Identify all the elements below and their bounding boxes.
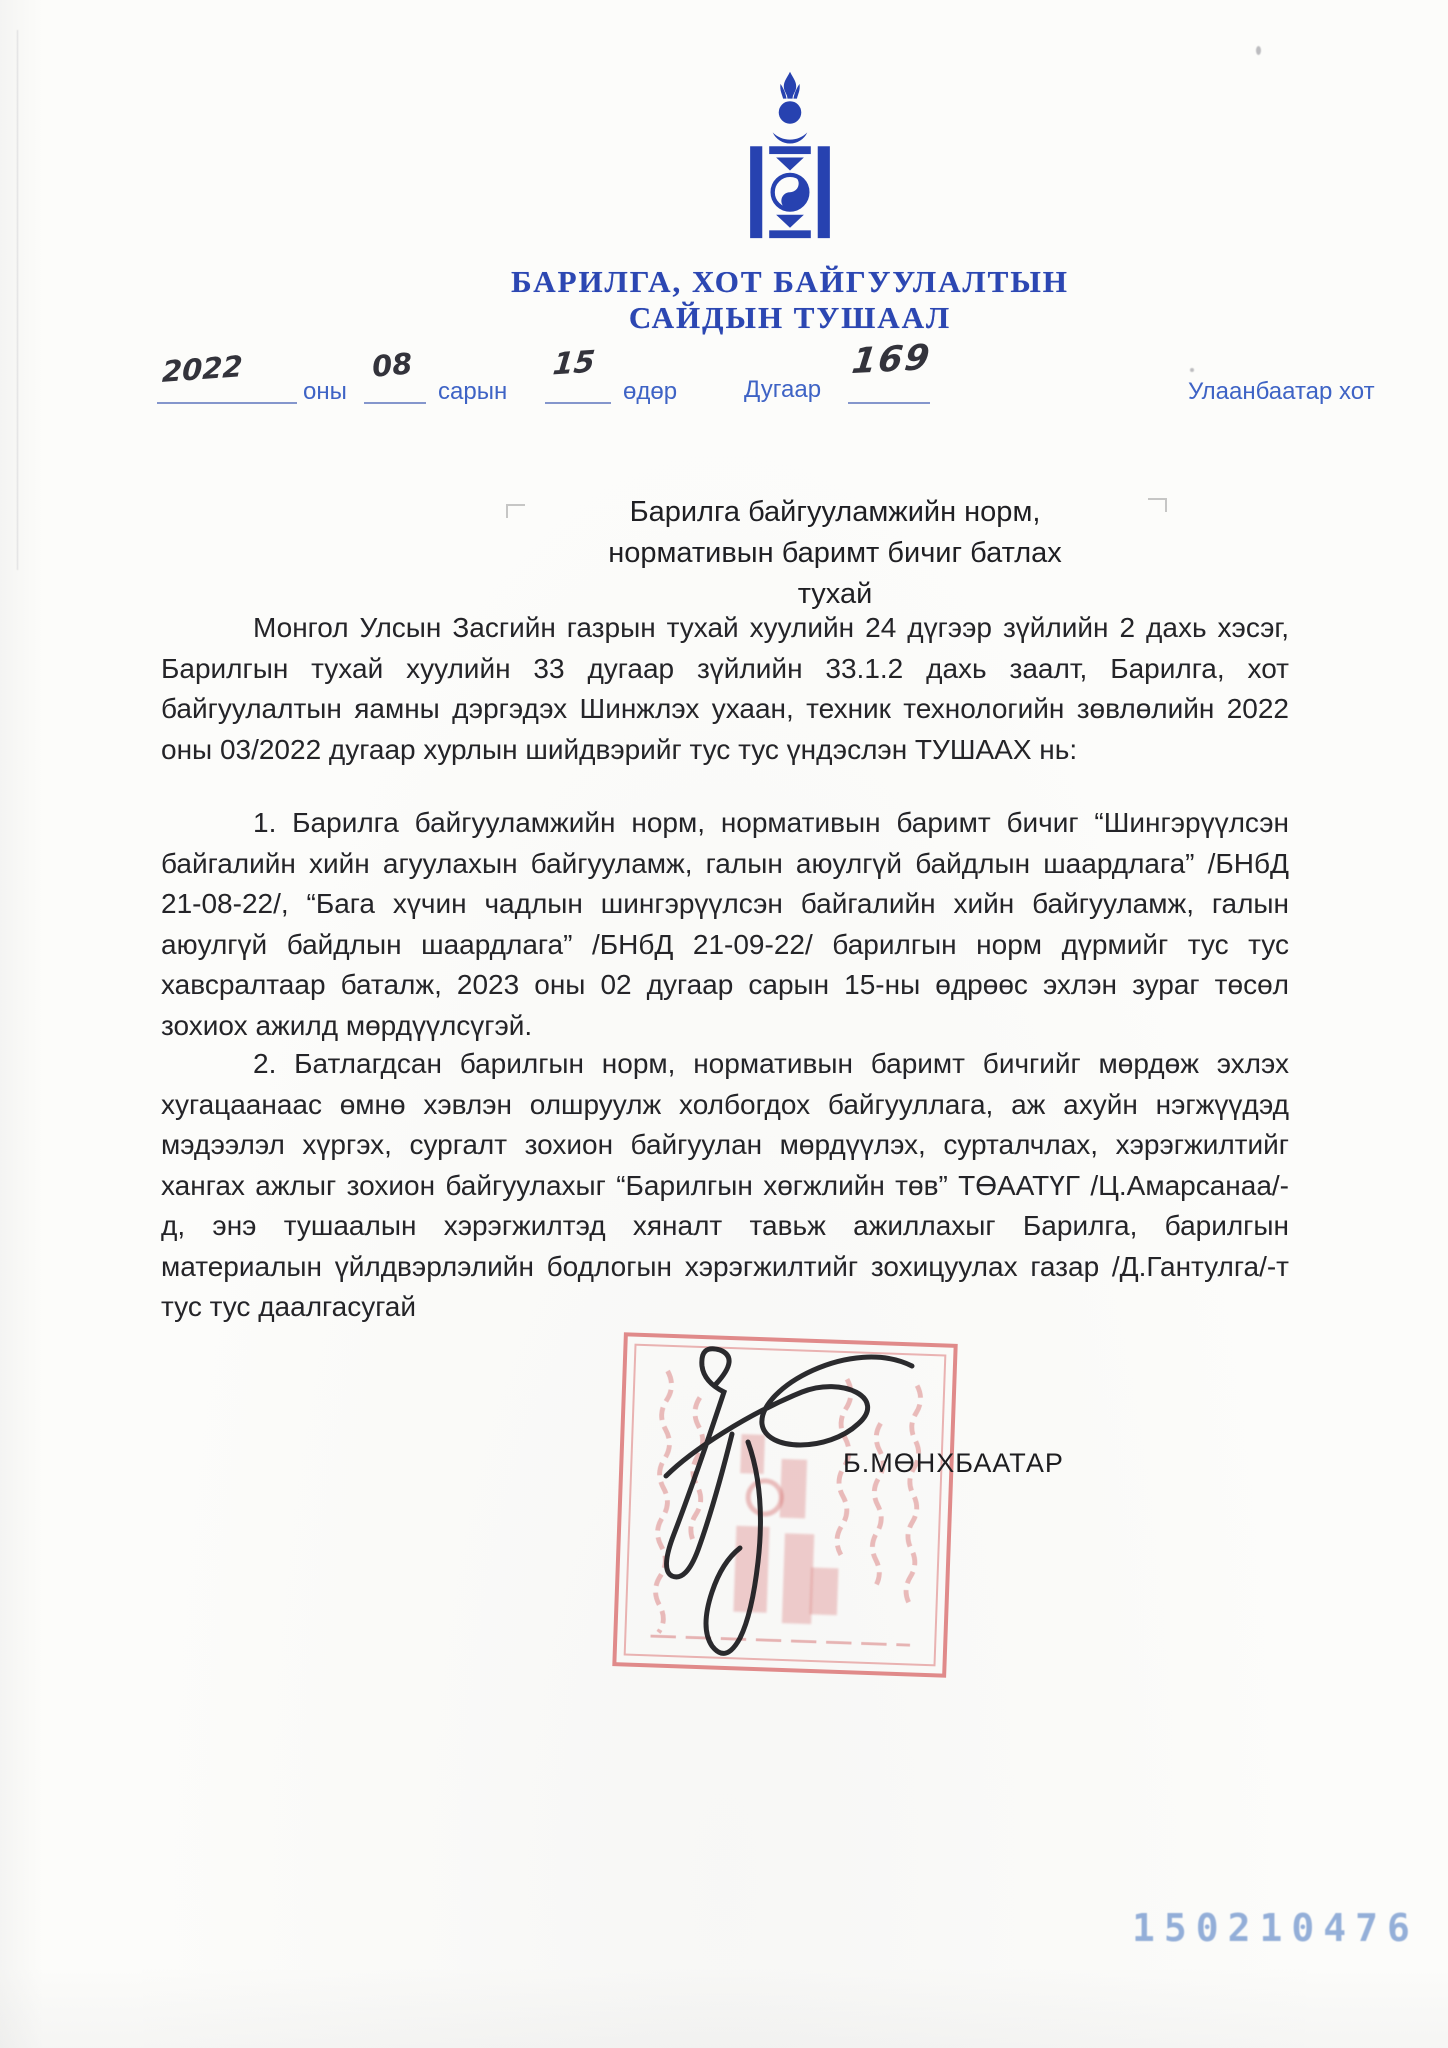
handwritten-order-number: 169 <box>850 338 934 382</box>
blank-rule <box>364 402 426 404</box>
scanned-official-order-page: БАРИЛГА, ХОТ БАЙГУУЛАЛТЫН САЙДЫН ТУШААЛ … <box>0 0 1448 2048</box>
signer-name: Б.МӨНХБААТАР <box>843 1448 1064 1479</box>
ministry-title-line2: САЙДЫН ТУШААЛ <box>66 300 1448 336</box>
blank-rule <box>545 402 611 404</box>
handwritten-month: 08 <box>371 346 414 383</box>
month-label: сарын <box>438 378 507 406</box>
stamp-script-decoration <box>616 1336 953 1673</box>
paragraph-item-1-text: 1. Барилга байгууламжийн норм, нормативы… <box>161 803 1289 1046</box>
day-label: өдөр <box>623 378 677 406</box>
handwritten-year: 2022 <box>162 349 244 389</box>
blank-rule <box>848 402 930 404</box>
subject-line1: Барилга байгууламжийн норм, <box>585 492 1085 533</box>
date-line: 2022 оны 08 сарын 15 өдөр Дугаар 169 Ула… <box>0 352 1448 422</box>
scan-artifact-line <box>17 30 18 570</box>
letterhead: БАРИЛГА, ХОТ БАЙГУУЛАЛТЫН САЙДЫН ТУШААЛ <box>66 70 1448 336</box>
typist-corner-mark-right <box>1148 498 1167 512</box>
paragraph-intro-text: Монгол Улсын Засгийн газрын тухай хуулий… <box>161 608 1289 770</box>
red-official-stamp-icon <box>612 1332 957 1677</box>
paragraph-item-2-text: 2. Батлагдсан барилгын норм, нормативын … <box>161 1044 1289 1328</box>
document-subject: Барилга байгууламжийн норм, нормативын б… <box>585 492 1085 615</box>
handwritten-day: 15 <box>551 344 596 382</box>
number-label: Дугаар <box>744 376 821 404</box>
scan-speck <box>1256 46 1261 55</box>
paragraph-item-1: 1. Барилга байгууламжийн норм, нормативы… <box>161 803 1289 1046</box>
registration-number-stamp: 150210476 <box>1132 1906 1419 1950</box>
ministry-title-line1: БАРИЛГА, ХОТ БАЙГУУЛАЛТЫН <box>66 264 1448 300</box>
soyombo-icon <box>738 70 842 252</box>
paragraph-item-2: 2. Батлагдсан барилгын норм, нормативын … <box>161 1044 1289 1328</box>
paragraph-intro: Монгол Улсын Засгийн газрын тухай хуулий… <box>161 608 1289 770</box>
year-label: оны <box>303 378 347 406</box>
typist-corner-mark-left <box>506 504 525 518</box>
subject-line2: нормативын баримт бичиг батлах тухай <box>585 533 1085 615</box>
blank-rule <box>157 402 297 404</box>
city-label: Улаанбаатар хот <box>1188 378 1375 406</box>
